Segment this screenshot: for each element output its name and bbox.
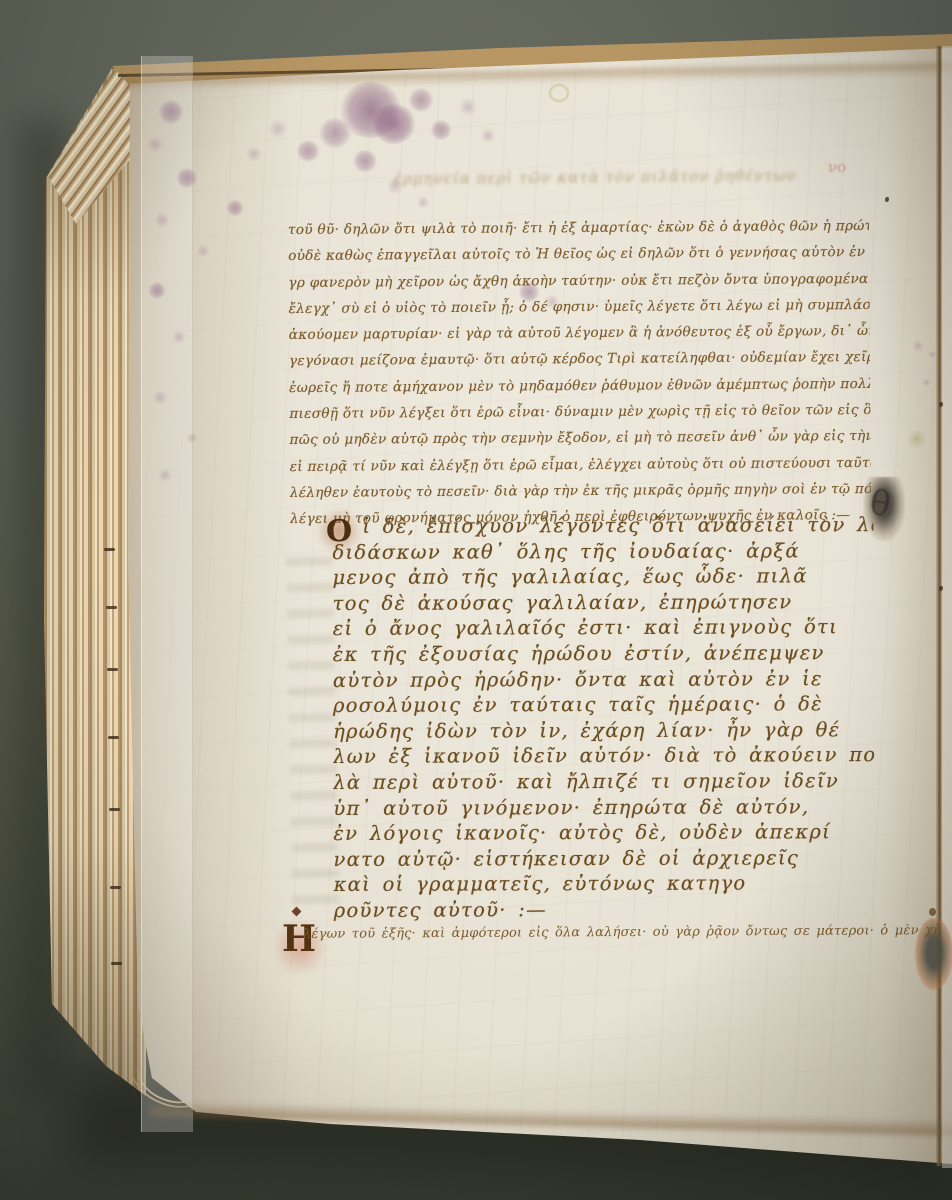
under-page-sliver (942, 46, 952, 1168)
gospel-text-block: ἱ δὲ, ἐπίσχυον λέγοντες ὅτι ἀνασείει τὸν… (332, 512, 874, 926)
gospel-line: ροσολύμοις ἐν ταύταις ταῖς ἡμέραις· ὁ δὲ (333, 691, 874, 718)
gospel-line: μενος ἀπὸ τῆς γαλιλαίας, ἕως ὧδε· πιλᾶ (332, 563, 873, 590)
gospel-line: αὐτὸν πρὸς ἡρώδην· ὄντα καὶ αὐτὸν ἐν ἱε (333, 666, 874, 693)
binding-stitch (106, 606, 117, 609)
repair-tape-strip (141, 56, 193, 1132)
binding-stitch (111, 962, 122, 965)
gospel-line: ροῦντες αὐτοῦ· :— (334, 896, 875, 923)
gospel-line: ἡρώδης ἰδὼν τὸν ἰν, ἐχάρη λίαν· ἦν γὰρ θ… (333, 717, 874, 744)
commentary-line: τοῦ θῦ· δηλῶν ὅτι ψιλὰ τὸ ποιῆ· ἔτι ἡ ἐξ… (288, 213, 869, 243)
gospel-line: καὶ οἱ γραμματεῖς, εὐτόνως κατηγο (334, 870, 875, 897)
gospel-line: εἰ ὁ ἄνος γαλιλαῖός ἐστι· καὶ ἐπιγνοὺς ὅ… (333, 614, 874, 641)
commentary-line-bottom: λέγων τοῦ ἑξῆς· καὶ ἀμφότεροι εἰς ὅλα λα… (303, 923, 941, 957)
ink-bleedthrough-column (286, 552, 339, 905)
gospel-line: λων ἐξ ἱκανοῦ ἰδεῖν αὐτόν· διὰ τὸ ἀκούει… (333, 742, 874, 769)
commentary-line: ἑωρεῖς ἥ ποτε ἀμήχανον μὲν τὸ μηδαμόθεν … (289, 371, 870, 401)
commentary-line: εἰ πειρᾷ τί νῦν καὶ ἐλέγξῃ ὅτι ἑρῶ εἶμαι… (290, 450, 871, 480)
wax-stain (908, 428, 926, 450)
gospel-line: λὰ περὶ αὐτοῦ· καὶ ἤλπιζέ τι σημεῖον ἰδε… (333, 768, 874, 795)
photo-of-manuscript: { "manuscript": { "transcription_fidelit… (0, 0, 952, 1200)
quire-mark: νο (828, 158, 868, 198)
binding-stitch (109, 808, 120, 811)
commentary-line: ἀκούομεν μαρτυρίαν· εἰ γὰρ τὰ αὐτοῦ λέγο… (289, 318, 870, 348)
gospel-line: ἐκ τῆς ἐξουσίας ἡρώδου ἐστίν, ἀνέπεμψεν (333, 640, 874, 667)
binding-stitch (107, 668, 118, 671)
gospel-line: διδάσκων καθ᾽ ὅλης τῆς ἰουδαίας· ἀρξά (332, 538, 873, 565)
binding-stitch (108, 736, 119, 739)
gospel-line: ὑπ᾽ αὐτοῦ γινόμενον· ἐπηρώτα δὲ αὐτόν, (333, 794, 874, 821)
commentary-line: λέληθεν ἑαυτοὺς τὸ πεσεῖν· διὰ γὰρ τὴν ἐ… (290, 476, 871, 506)
binding-stitch (104, 548, 115, 551)
commentary-line: γεγόνασι μείζονα ἐμαυτῷ· ὅτι αὐτῷ κέρδος… (289, 344, 870, 374)
binding-stitch (110, 886, 121, 889)
commentary-line: γρ φανερὸν μὴ χεῖρον ὡς ἄχθη ἀκοὴν ταύτη… (288, 266, 869, 296)
commentary-line: πιεσθῇ ὅτι νῦν λέγξει ὅτι ἑρῶ εἶναι· δύν… (289, 397, 870, 427)
gospel-line: νατο αὐτῷ· εἱστήκεισαν δὲ οἱ ἀρχιερεῖς (333, 845, 874, 872)
commentary-block-top: τοῦ θῦ· δηλῶν ὅτι ψιλὰ τὸ ποιῆ· ἔτι ἡ ἐξ… (288, 213, 871, 529)
faded-rubric-heading: ἑρμηνεία περὶ τῶν κατὰ τὸν πιλᾶτον ῥηθέν… (394, 166, 830, 198)
gospel-line: ἱ δὲ, ἐπίσχυον λέγοντες ὅτι ἀνασείει τὸν… (332, 512, 873, 539)
ring-stain (549, 84, 569, 102)
gospel-line: ἐν λόγοις ἱκανοῖς· αὐτὸς δὲ, οὐδὲν ἀπεκρ… (333, 819, 874, 846)
commentary-line: οὐδὲ καθὼς ἐπαγγεῖλαι αὐτοῖς τὸ Ἡ θεῖος … (288, 239, 869, 269)
commentary-line: πῶς οὐ μηδὲν αὑτῷ πρὸς τὴν σεμνὴν ἔξοδον… (289, 423, 870, 453)
gospel-line: τος δὲ ἀκούσας γαλιλαίαν, ἐπηρώτησεν (333, 589, 874, 616)
ink-blot-dot (929, 908, 936, 916)
commentary-line: ἔλεγχ᾽ σὺ εἰ ὁ υἱὸς τὸ ποιεῖν ᾖ; ὁ δέ φη… (288, 292, 869, 322)
